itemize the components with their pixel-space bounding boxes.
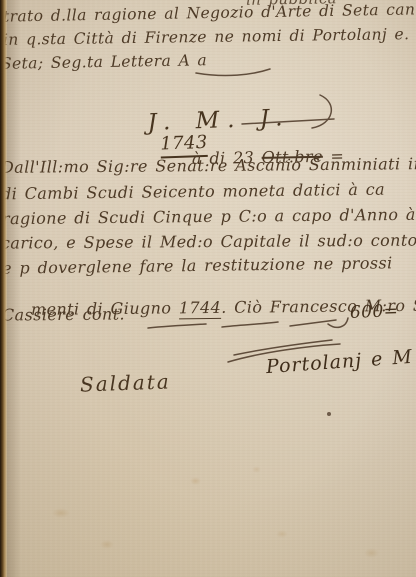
paper-stain bbox=[252, 466, 261, 473]
amount-value: 600= bbox=[350, 302, 399, 323]
paid-annotation: Saldata bbox=[80, 370, 171, 396]
paper-stain bbox=[190, 477, 201, 485]
due-year: 1744 bbox=[179, 298, 222, 319]
paper-stain bbox=[364, 548, 379, 558]
manuscript-line: di Cambi Scudi Seicento moneta datici à … bbox=[1, 181, 385, 204]
paper-stain bbox=[276, 530, 288, 538]
manuscript-line: carico, e Spese il Med:o Capitale il sud… bbox=[1, 231, 416, 252]
binding-edge bbox=[0, 0, 7, 577]
manuscript-line: in q.sta Città di Firenze ne nomi di Por… bbox=[3, 26, 410, 49]
manuscript-line: Seta; Seg.ta Lettera A a bbox=[1, 52, 207, 73]
flourish-header-swash bbox=[312, 95, 331, 128]
manuscript-line: Dall'Ill:mo Sig:re Senat:re Ascanio Sanm… bbox=[1, 155, 416, 177]
manuscript-line: trato d.lla ragione al Negozio d'Arte di… bbox=[3, 1, 416, 26]
manuscript-line: e p doverglene fare la restituzione ne p… bbox=[2, 254, 393, 278]
ink-dot bbox=[327, 412, 331, 416]
manuscript-page: in pubblica trato d.lla ragione al Negoz… bbox=[0, 0, 416, 577]
manuscript-line: ragione di Scudi Cinque p C:o a capo d'A… bbox=[2, 206, 416, 229]
binding-shadow bbox=[7, 0, 21, 577]
paper-stain bbox=[100, 540, 114, 549]
signature: Portolanj e M bbox=[265, 347, 413, 379]
paper-stain bbox=[52, 508, 70, 518]
